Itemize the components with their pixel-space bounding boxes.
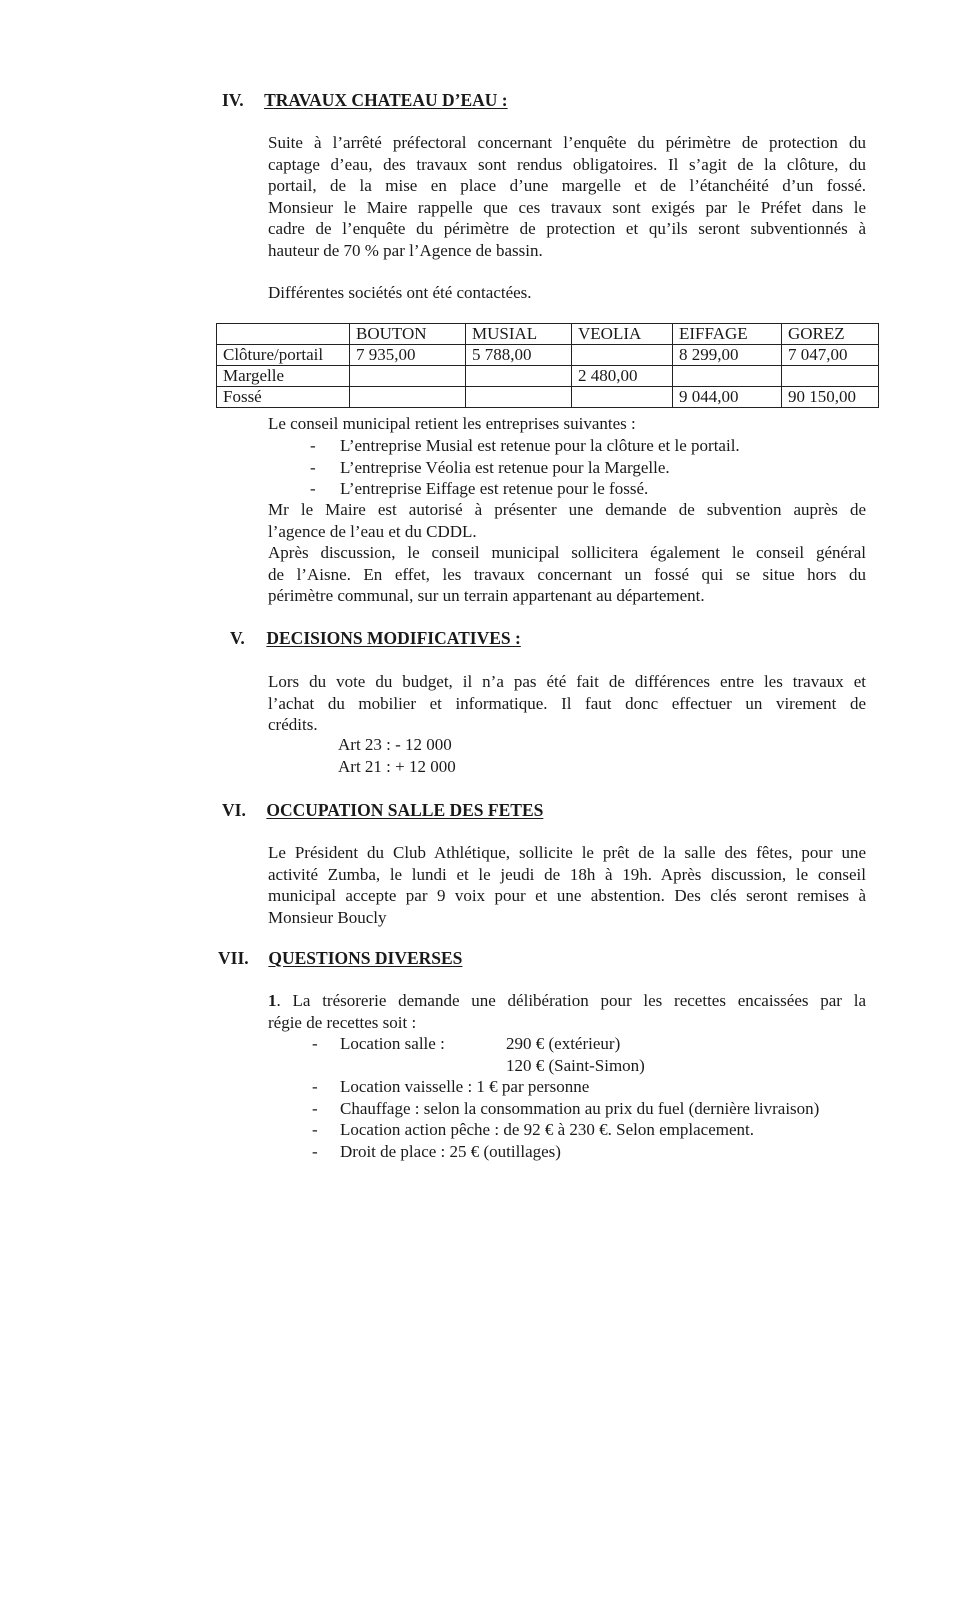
fee-value: 290 € (extérieur) — [506, 1034, 620, 1054]
transfer-art-21: Art 21 : + 12 000 — [338, 757, 456, 777]
text-line: de l’Aisne. En effet, les travaux concer… — [268, 564, 866, 586]
text-line: régie de recettes soit : — [268, 1012, 866, 1034]
text-line: l’achat du mobilier et informatique. Il … — [268, 693, 866, 715]
section-v-paragraph: Lors du vote du budget, il n’a pas été f… — [268, 671, 866, 736]
list-item: L’entreprise Musial est retenue pour la … — [340, 436, 740, 456]
text-line: Suite à l’arrêté préfectoral concernant … — [268, 132, 866, 154]
table-cell: 8 299,00 — [673, 345, 782, 366]
section-v-heading: V. DECISIONS MODIFICATIVES : — [230, 628, 521, 649]
table-cell: 9 044,00 — [673, 387, 782, 408]
table-header-cell: MUSIAL — [466, 324, 572, 345]
bullet-dash: - — [312, 1034, 318, 1054]
retained-intro: Le conseil municipal retient les entrepr… — [268, 414, 636, 434]
section-number: V. — [230, 628, 262, 649]
text-line: cadre de l’enquête du périmètre de prote… — [268, 218, 866, 240]
text-line: crédits. — [268, 714, 866, 736]
table-cell — [350, 366, 466, 387]
table-cell: Clôture/portail — [217, 345, 350, 366]
text-line: Après discussion, le conseil municipal s… — [268, 542, 866, 564]
section-number: VI. — [222, 800, 262, 821]
section-iv-paragraph: Suite à l’arrêté préfectoral concernant … — [268, 132, 866, 261]
section-iv-heading: IV. TRAVAUX CHATEAU D’EAU : — [222, 90, 508, 111]
table-cell — [782, 366, 879, 387]
table-cell: Margelle — [217, 366, 350, 387]
section-title: TRAVAUX CHATEAU D’EAU : — [264, 90, 508, 110]
table-cell: 2 480,00 — [572, 366, 673, 387]
bullet-dash: - — [312, 1077, 318, 1097]
bullet-dash: - — [310, 436, 316, 456]
fee-label: Location salle : — [340, 1034, 445, 1054]
text-line: l’agence de l’eau et du CDDL. — [268, 521, 866, 543]
table-cell — [466, 387, 572, 408]
table-cell — [350, 387, 466, 408]
text-line: hauteur de 70 % par l’Agence de bassin. — [268, 240, 866, 262]
fee-value: 120 € (Saint-Simon) — [506, 1056, 645, 1076]
text-line: Mr le Maire est autorisé à présenter une… — [268, 499, 866, 521]
fee-item: Chauffage : selon la consommation au pri… — [340, 1099, 819, 1119]
section-title: QUESTIONS DIVERSES — [268, 948, 462, 968]
table-cell — [466, 366, 572, 387]
subsidy-paragraph: Mr le Maire est autorisé à présenter une… — [268, 499, 866, 542]
bullet-dash: - — [310, 479, 316, 499]
text-line: portail, de la mise en place d’une marge… — [268, 175, 866, 197]
table-cell: Fossé — [217, 387, 350, 408]
section-vii-heading: VII. QUESTIONS DIVERSES — [218, 948, 462, 969]
table-header-cell — [217, 324, 350, 345]
text-line: activité Zumba, le lundi et le jeudi de … — [268, 864, 866, 886]
fee-item: Location vaisselle : 1 € par personne — [340, 1077, 589, 1097]
table-cell: 5 788,00 — [466, 345, 572, 366]
table-header-cell: VEOLIA — [572, 324, 673, 345]
table-header-cell: BOUTON — [350, 324, 466, 345]
text-line: Le Président du Club Athlétique, sollici… — [268, 842, 866, 864]
fee-item: Droit de place : 25 € (outillages) — [340, 1142, 561, 1162]
table-cell: 7 935,00 — [350, 345, 466, 366]
bullet-dash: - — [312, 1120, 318, 1140]
section-vii-intro: 1. La trésorerie demande une délibératio… — [268, 990, 866, 1033]
contacted-text: Différentes sociétés ont été contactées. — [268, 283, 532, 303]
bullet-dash: - — [310, 458, 316, 478]
table-row: Margelle 2 480,00 — [217, 366, 879, 387]
bullet-dash: - — [312, 1142, 318, 1162]
table-cell: 90 150,00 — [782, 387, 879, 408]
section-number: VII. — [218, 948, 264, 969]
table-cell — [572, 345, 673, 366]
text-line: municipal accepte par 9 voix pour et une… — [268, 885, 866, 907]
table-row: Fossé 9 044,00 90 150,00 — [217, 387, 879, 408]
table-row: Clôture/portail 7 935,00 5 788,00 8 299,… — [217, 345, 879, 366]
table-cell — [673, 366, 782, 387]
bullet-dash: - — [312, 1099, 318, 1119]
quotes-table: BOUTON MUSIAL VEOLIA EIFFAGE GOREZ Clôtu… — [216, 323, 879, 408]
table-cell: 7 047,00 — [782, 345, 879, 366]
table-header-cell: EIFFAGE — [673, 324, 782, 345]
text-line-part: . La trésorerie demande une délibération… — [277, 991, 867, 1010]
text-line: Monsieur Boucly — [268, 907, 866, 929]
text-line: 1. La trésorerie demande une délibératio… — [268, 990, 866, 1012]
list-item: L’entreprise Véolia est retenue pour la … — [340, 458, 670, 478]
text-line: captage d’eau, des travaux sont rendus o… — [268, 154, 866, 176]
section-vi-heading: VI. OCCUPATION SALLE DES FETES — [222, 800, 543, 821]
table-header-cell: GOREZ — [782, 324, 879, 345]
section-number: IV. — [222, 90, 260, 111]
text-line: Monsieur le Maire rappelle que ces trava… — [268, 197, 866, 219]
table-cell — [572, 387, 673, 408]
list-item: L’entreprise Eiffage est retenue pour le… — [340, 479, 648, 499]
table-header-row: BOUTON MUSIAL VEOLIA EIFFAGE GOREZ — [217, 324, 879, 345]
section-vi-paragraph: Le Président du Club Athlétique, sollici… — [268, 842, 866, 928]
fee-item: Location action pêche : de 92 € à 230 €.… — [340, 1120, 754, 1140]
item-number: 1 — [268, 991, 277, 1010]
section-title: OCCUPATION SALLE DES FETES — [266, 800, 543, 820]
discussion-paragraph: Après discussion, le conseil municipal s… — [268, 542, 866, 607]
text-line: périmètre communal, sur un terrain appar… — [268, 585, 866, 607]
transfer-art-23: Art 23 : - 12 000 — [338, 735, 452, 755]
section-title: DECISIONS MODIFICATIVES : — [266, 628, 520, 648]
text-line: Lors du vote du budget, il n’a pas été f… — [268, 671, 866, 693]
